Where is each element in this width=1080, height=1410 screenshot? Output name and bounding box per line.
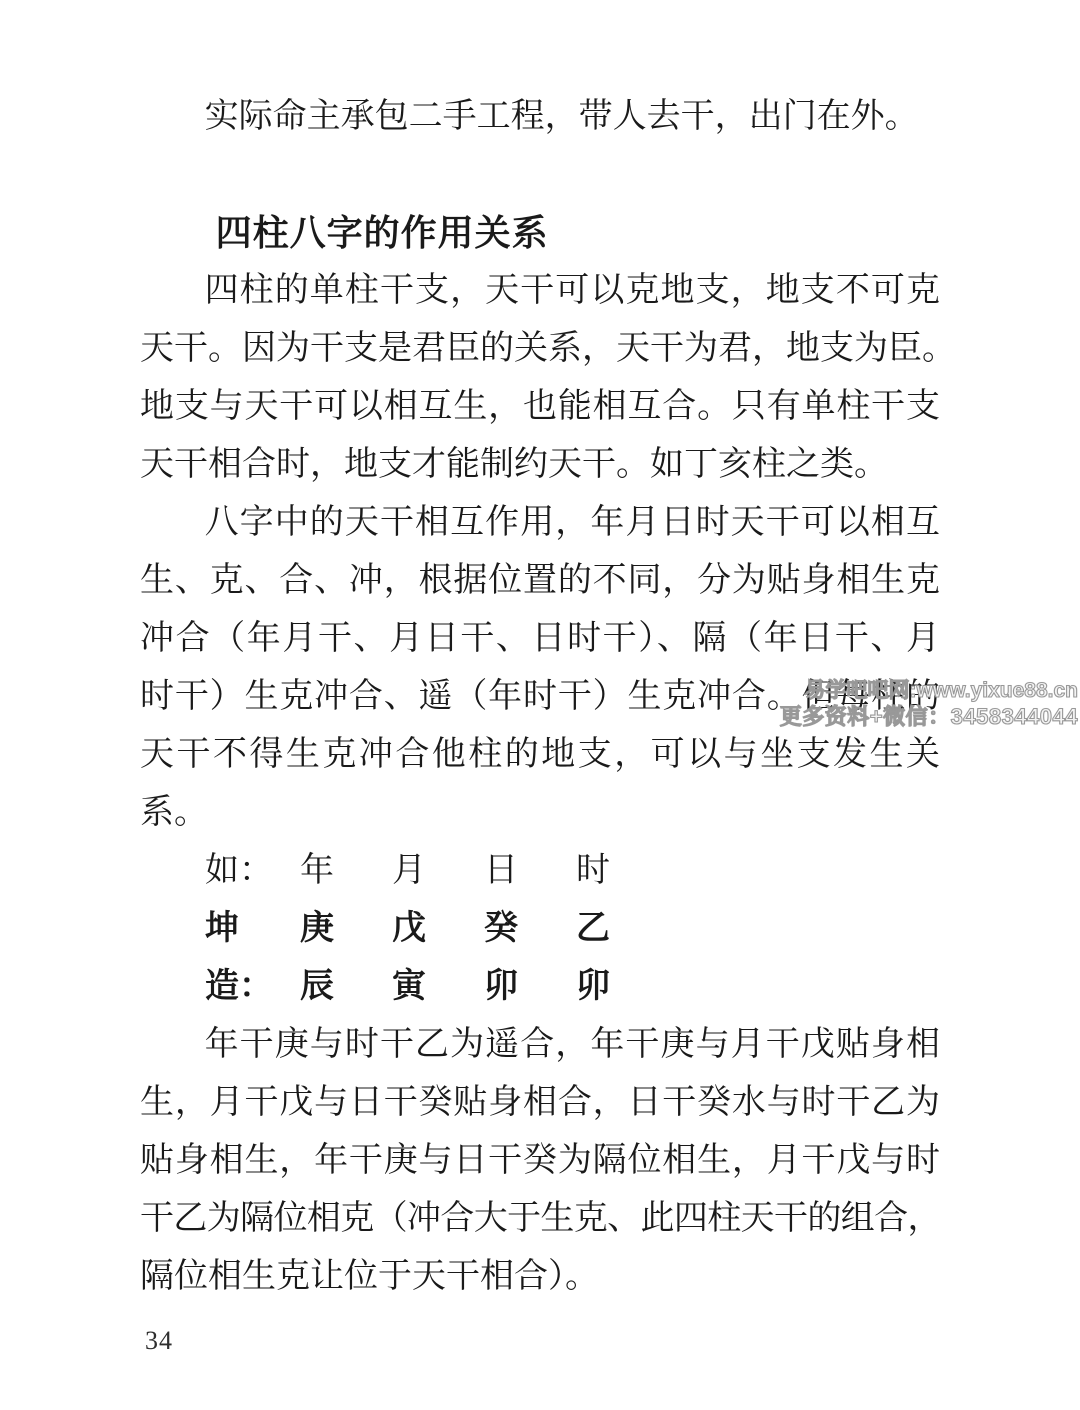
branch-month: 寅 — [392, 958, 484, 1016]
watermark-site-line: 易学吧吧网:www.yixue88.cn — [780, 678, 1078, 704]
branch-day: 卯 — [484, 958, 576, 1016]
para3-line1: 年干庚与时干乙为遥合，年干庚与月干戊贴身相 — [140, 1016, 940, 1074]
para3-line4: 干乙为隔位相克（冲合大于生克、此四柱天干的组合， — [140, 1190, 940, 1248]
para1-line4: 天干相合时，地支才能制约天干。如丁亥柱之类。 — [140, 436, 940, 494]
bazi-kunzao-label: 坤造： — [205, 900, 300, 958]
para3-line3: 贴身相生，年干庚与日干癸为隔位相生，月干戊与时 — [140, 1132, 940, 1190]
stem-month: 戊 — [392, 900, 484, 958]
section-heading: 四柱八字的作用关系 — [140, 204, 940, 262]
watermark: 易学吧吧网:www.yixue88.cn 更多资料+微信：3458344044 — [780, 678, 1078, 730]
para1-line1: 四柱的单柱干支，天干可以克地支，地支不可克 — [140, 262, 940, 320]
para1-line2: 天干。因为干支是君臣的关系，天干为君，地支为臣。 — [140, 320, 940, 378]
paragraph-3: 年干庚与时干乙为遥合，年干庚与月干戊贴身相 生，月干戊与日干癸贴身相合，日干癸水… — [140, 1016, 940, 1306]
pillar-header-year: 年 — [300, 842, 392, 900]
para2-line3: 冲合（年月干、月日干、日时干）、隔（年日干、月 — [140, 610, 940, 668]
paragraph-2: 八字中的天干相互作用，年月日时天干可以相互 生、克、合、冲，根据位置的不同，分为… — [140, 494, 940, 842]
bazi-stems-row: 坤造： 庚 戊 癸 乙 — [140, 900, 940, 958]
para2-line6: 系。 — [140, 784, 940, 842]
watermark-contact-line: 更多资料+微信：3458344044 — [780, 704, 1078, 730]
para3-line2: 生，月干戊与日干癸贴身相合，日干癸水与时干乙为 — [140, 1074, 940, 1132]
branch-year: 辰 — [300, 958, 392, 1016]
pillar-header-month: 月 — [392, 842, 484, 900]
bazi-chart: 如： 年 月 日 时 坤造： 庚 戊 癸 乙 辰 寅 卯 卯 — [140, 842, 940, 1016]
bazi-branches-row: 辰 寅 卯 卯 — [140, 958, 940, 1016]
bazi-empty-label — [205, 958, 300, 1016]
pillar-header-day: 日 — [484, 842, 576, 900]
stem-hour: 乙 — [576, 900, 668, 958]
para3-line5: 隔位相生克让位于天干相合）。 — [140, 1248, 940, 1306]
para1-line3: 地支与天干可以相互生，也能相互合。只有单柱干支 — [140, 378, 940, 436]
stem-year: 庚 — [300, 900, 392, 958]
para2-line1: 八字中的天干相互作用，年月日时天干可以相互 — [140, 494, 940, 552]
para2-line5: 天干不得生克冲合他柱的地支，可以与坐支发生关 — [140, 726, 940, 784]
intro-line: 实际命主承包二手工程，带人去干，出门在外。 — [140, 88, 940, 146]
paragraph-1: 四柱的单柱干支，天干可以克地支，地支不可克 天干。因为干支是君臣的关系，天干为君… — [140, 262, 940, 494]
para2-line2: 生、克、合、冲，根据位置的不同，分为贴身相生克 — [140, 552, 940, 610]
bazi-header-row: 如： 年 月 日 时 — [140, 842, 940, 900]
branch-hour: 卯 — [576, 958, 668, 1016]
blank-line — [140, 146, 940, 204]
pillar-header-hour: 时 — [576, 842, 668, 900]
book-page: 实际命主承包二手工程，带人去干，出门在外。 四柱八字的作用关系 四柱的单柱干支，… — [0, 0, 1080, 1410]
bazi-example-label: 如： — [205, 842, 300, 900]
stem-day: 癸 — [484, 900, 576, 958]
page-number: 34 — [145, 1326, 173, 1356]
